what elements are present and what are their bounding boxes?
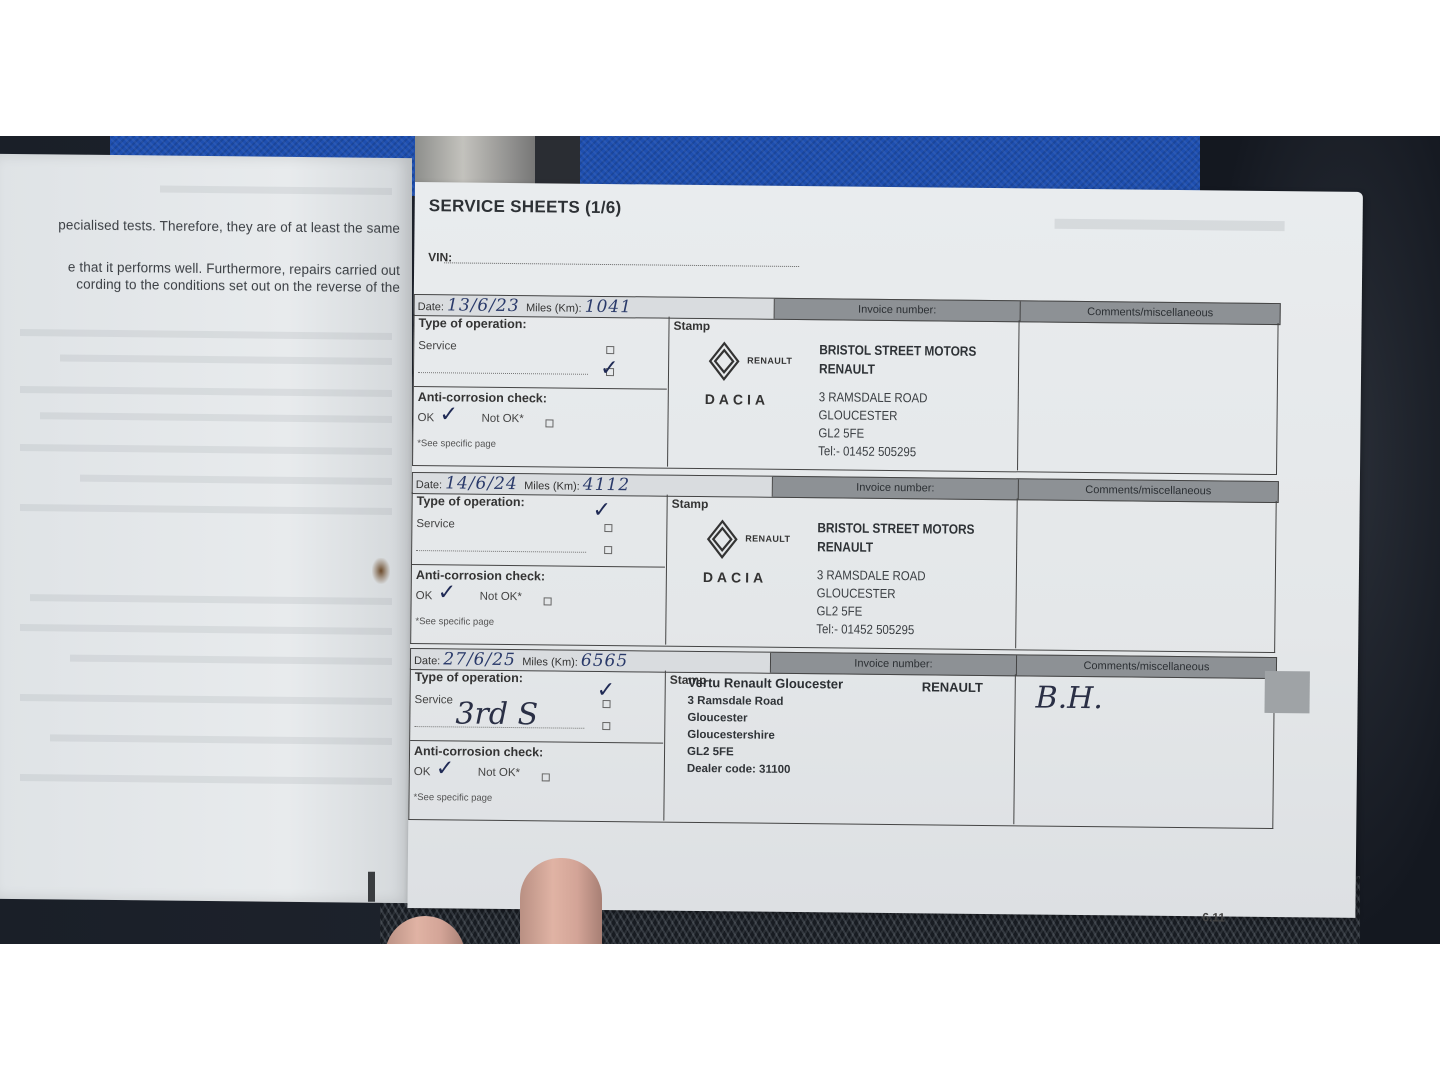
- service-tick-icon: ✓: [597, 678, 616, 703]
- left-page-line: cording to the conditions set out on the…: [0, 275, 400, 296]
- service-tick-icon: ✓: [600, 356, 619, 381]
- see-specific-note: *See specific page: [415, 616, 494, 628]
- ok-label: OK: [417, 412, 434, 424]
- stamp-label: Stamp: [672, 497, 709, 511]
- operation-column: Type of operation: Service ✓ 3rd S Anti-…: [409, 668, 666, 821]
- section-tab: [1264, 671, 1309, 713]
- service-entry: Date: 27/6/25 Miles (Km): 6565 Invoice n…: [408, 648, 1280, 829]
- renault-logo-icon: [707, 341, 741, 381]
- miles-label: Miles (Km):: [526, 302, 585, 315]
- see-specific-note: *See specific page: [417, 438, 496, 450]
- ok-label: OK: [414, 766, 431, 778]
- date-value: 27/6/25: [443, 649, 522, 670]
- dealer-address: 3 Ramsdale RoadGloucesterGloucestershire…: [687, 693, 791, 779]
- left-page-line: pecialised tests. Therefore, they are of…: [0, 216, 400, 237]
- not-ok-label: Not OK*: [478, 767, 520, 779]
- comments-column: [1018, 320, 1278, 473]
- anti-corrosion-label: Anti-corrosion check:: [414, 744, 543, 759]
- operation-column: Type of operation: Service ✓ Anti-corros…: [413, 314, 670, 467]
- not-ok-checkbox[interactable]: [542, 773, 550, 781]
- ok-tick-icon: ✓: [436, 756, 455, 781]
- ok-tick-icon: ✓: [438, 580, 457, 605]
- service-label: Service: [416, 518, 454, 530]
- page-tab-mark: [368, 872, 375, 902]
- type-of-operation-label: Type of operation:: [415, 670, 523, 685]
- service-tick-icon: ✓: [592, 498, 611, 523]
- stamp-label: Stamp: [673, 319, 710, 333]
- not-ok-label: Not OK*: [481, 413, 523, 425]
- date-label: Date:: [418, 301, 447, 313]
- left-page: pecialised tests. Therefore, they are of…: [0, 154, 412, 903]
- service-checkbox[interactable]: [606, 346, 614, 354]
- dealer-name: Vertu Renault Gloucester: [688, 675, 843, 692]
- renault-wordmark: RENAULT: [747, 355, 792, 365]
- comments-column: [1016, 498, 1276, 651]
- service-checkbox[interactable]: [604, 524, 612, 532]
- vin-field: [444, 262, 799, 267]
- anti-corrosion-label: Anti-corrosion check:: [416, 568, 545, 583]
- ghost-text-bleed: [1055, 219, 1285, 231]
- not-ok-checkbox[interactable]: [544, 597, 552, 605]
- miles-label: Miles (Km):: [524, 480, 583, 493]
- stamp-column: StampRENAULTDACIABRISTOL STREET MOTORSRE…: [668, 317, 1020, 471]
- date-label: Date:: [416, 479, 445, 491]
- miles-value: 1041: [585, 297, 632, 317]
- page-number: 6.11: [1202, 910, 1225, 924]
- stamp-column: StampVertu Renault GloucesterRENAULT3 Ra…: [664, 671, 1016, 825]
- page-stain: [372, 558, 390, 584]
- see-specific-note: *See specific page: [413, 792, 492, 804]
- dacia-wordmark: DACIA: [705, 391, 770, 408]
- operation-column: Type of operation: Service ✓ Anti-corros…: [411, 492, 668, 645]
- photo-background: pecialised tests. Therefore, they are of…: [0, 136, 1440, 944]
- dealer-name: BRISTOL STREET MOTORSRENAULT: [817, 518, 974, 558]
- other-checkbox[interactable]: [602, 722, 610, 730]
- service-handwriting: 3rd S: [455, 696, 538, 732]
- dealer-name: BRISTOL STREET MOTORSRENAULT: [819, 340, 976, 380]
- not-ok-checkbox[interactable]: [545, 419, 553, 427]
- anti-corrosion-label: Anti-corrosion check:: [418, 390, 547, 405]
- renault-wordmark: RENAULT: [745, 533, 790, 543]
- service-entry: Date: 14/6/24 Miles (Km): 4112 Invoice n…: [410, 472, 1282, 653]
- date-value: 13/6/23: [447, 295, 526, 316]
- ok-tick-icon: ✓: [439, 402, 458, 427]
- miles-value: 4112: [583, 475, 630, 495]
- date-label: Date:: [414, 655, 443, 667]
- miles-label: Miles (Km):: [522, 656, 581, 669]
- comments-column: B.H.: [1014, 674, 1274, 827]
- not-ok-label: Not OK*: [480, 591, 522, 603]
- comments-signature: B.H.: [1035, 681, 1103, 717]
- service-label: Service: [418, 340, 456, 352]
- ok-label: OK: [416, 590, 433, 602]
- type-of-operation-label: Type of operation:: [418, 316, 526, 331]
- dealer-address: 3 RAMSDALE ROADGLOUCESTERGL2 5FETel:- 01…: [818, 388, 927, 461]
- type-of-operation-label: Type of operation:: [417, 494, 525, 509]
- miles-value: 6565: [581, 651, 628, 671]
- dealer-address: 3 RAMSDALE ROADGLOUCESTERGL2 5FETel:- 01…: [816, 566, 925, 639]
- renault-logo-icon: [705, 519, 739, 559]
- thumb: [520, 858, 602, 944]
- stamp-column: StampRENAULTDACIABRISTOL STREET MOTORSRE…: [666, 495, 1018, 649]
- service-label: Service: [415, 694, 453, 706]
- date-value: 14/6/24: [445, 473, 524, 494]
- dacia-wordmark: DACIA: [703, 569, 768, 586]
- service-entry: Date: 13/6/23 Miles (Km): 1041 Invoice n…: [412, 294, 1284, 475]
- page-title: SERVICE SHEETS (1/6): [429, 196, 622, 218]
- other-checkbox[interactable]: [604, 546, 612, 554]
- right-page: SERVICE SHEETS (1/6) VIN: Date: 13/6/23 …: [407, 182, 1363, 918]
- dealer-brand: RENAULT: [922, 679, 983, 695]
